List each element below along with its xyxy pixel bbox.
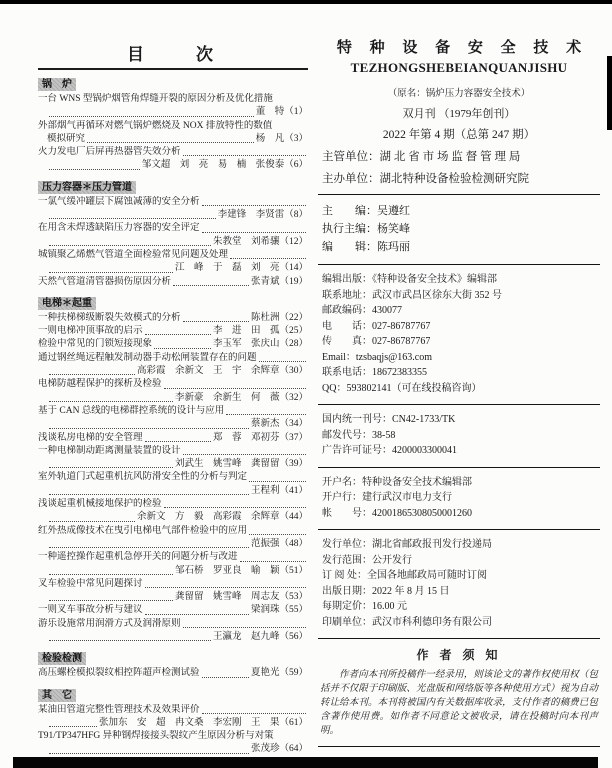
masthead-line: 传 真：027-86787767	[322, 334, 600, 350]
toc-section-header: 压力容器＊压力管道	[38, 181, 136, 194]
dot-leader	[87, 142, 254, 143]
journal-supervisor: 主管单位：湖 北 省 市 场 监 督 管 理 局	[318, 148, 600, 164]
masthead-divider	[318, 404, 600, 405]
toc-entry-line: 高压螺栓模拟裂纹相控阵超声检测试验夏艳光（59）	[38, 667, 308, 680]
toc-entry-authors-page: 王程利（41）	[251, 485, 308, 498]
toc-entry-authors-page: 李玉军 张庆山（28）	[213, 338, 308, 351]
toc-entry-authors-page: 王瀛龙 赵九峰（56）	[213, 631, 308, 644]
masthead-block: 主 编：吴遵红执行主编：杨笑峰编 辑：陈玛丽	[318, 202, 600, 256]
dot-leader	[49, 245, 211, 246]
toc-entry-title: 浅谈私房电梯的安全管理	[38, 432, 143, 445]
toc-section-header: 电梯＊起重	[38, 297, 96, 310]
dot-leader	[145, 614, 249, 615]
toc-entry: 叉车检验中常见问题探讨龚留留 姚雪峰 周志友（53）	[38, 578, 308, 605]
toc-entry: 电梯防越程保护的探析及检验李新豪 余新生 何 薇（32）	[38, 378, 308, 405]
toc-entry-line: 在用含未焊透缺陷压力容器的安全评定	[38, 222, 308, 235]
toc-entry-line: 张加东 安 超 冉文桑 李宏刚 王 果（61）	[38, 717, 308, 730]
dot-leader	[249, 481, 306, 482]
dot-leader	[49, 521, 135, 522]
toc-entry-title: 一种扶梯梯级断裂失效模式的分析	[38, 312, 181, 325]
toc-entry: T91/TP347HFG 异种钢焊接接头裂纹产生原因分析与对策张茂珍（64）	[38, 730, 308, 757]
toc-entry-title: 通过钢丝绳远程触发制动器手动松闸装置存在的问题	[38, 352, 257, 365]
dot-leader	[183, 155, 306, 156]
toc-section: 检验检测高压螺栓模拟裂纹相控阵超声检测试验夏艳光（59）	[38, 648, 308, 680]
journal-title: 特 种 设 备 安 全 技 术	[318, 36, 600, 57]
journal-former-name: （原名：锅炉压力容器安全技术）	[318, 85, 600, 99]
dot-leader	[49, 640, 211, 641]
toc-section: 其 它某油田管道完整性管理技术及效果评价张加东 安 超 冉文桑 李宏刚 王 果（…	[38, 685, 308, 757]
masthead-column: 特 种 设 备 安 全 技 术 TEZHONGSHEBEIANQUANJISHU…	[318, 36, 600, 754]
masthead-line: 每期定价：16.00 元	[322, 599, 600, 615]
toc-entry-authors-page: 李建锋 李贤雷（8）	[218, 209, 308, 222]
dot-leader	[49, 467, 173, 468]
toc-entry-line: 一种扶梯梯级断裂失效模式的分析陈杜洲（22）	[38, 312, 308, 325]
dot-leader	[49, 169, 140, 170]
masthead-line: 帐 号：42001865308050001260	[322, 506, 600, 522]
toc-entry-authors-page: 高彩霞 余新文 王 宇 余辉章（30）	[137, 365, 308, 378]
masthead-line: 开户名：特种设备安全技术编辑部	[322, 475, 600, 491]
toc-entry-authors-page: 张青斌（19）	[251, 276, 308, 289]
toc-entry-authors-page: 刘武生 姚雪峰 龚留留（39）	[175, 458, 308, 471]
masthead-divider	[318, 529, 600, 530]
toc-entry-line: 浅谈私房电梯的安全管理郑 蓉 邓初芬（37）	[38, 432, 308, 445]
toc-entry: 火力发电厂后屏再热器管失效分析邹文超 刘 亮 易 楠 张俊泰（6）	[38, 146, 308, 173]
toc-entry: 一则电梯冲顶事故的启示李 进 田 孤（25）	[38, 325, 308, 338]
dot-leader	[49, 218, 216, 219]
toc-entry: 浅谈私房电梯的安全管理郑 蓉 邓初芬（37）	[38, 432, 308, 445]
toc-entry-title: 叉车检验中常见问题探讨	[38, 578, 143, 591]
toc-entry: 在用含未焊透缺陷压力容器的安全评定朱教堂 刘希骧（12）	[38, 222, 308, 249]
toc-entry-title: 红外热成像技术在曳引电梯电气部件检验中的应用	[38, 525, 247, 538]
toc-entry-line: 朱教堂 刘希骧（12）	[38, 236, 308, 249]
toc-entry-title: 在用含未焊透缺陷压力容器的安全评定	[38, 222, 200, 235]
toc-entry-line: 范振强（48）	[38, 538, 308, 551]
toc-entry: 外部烟气再循环对燃气锅炉燃烧及 NOX 排放特性的数值模拟研究杨 凡（3）	[38, 120, 308, 147]
masthead-line: 邮发代号：38-58	[322, 428, 600, 444]
toc-entry-authors-page: 蔡新杰（34）	[251, 418, 308, 431]
author-notice: 作 者 须 知 作者向本刊所投稿件一经录用，则该论文的著作权使用权（包括并不仅限…	[318, 646, 600, 738]
dot-leader	[249, 534, 306, 535]
toc-entry-line: 李建锋 李贤雷（8）	[38, 209, 308, 222]
toc-section: 锅 炉一台 WNS 型锅炉烟管角焊缝开裂的原因分析及优化措施董 特（1）外部烟气…	[38, 74, 308, 173]
dot-leader	[173, 285, 249, 286]
masthead-line: 主 编：吴遵红	[322, 202, 600, 220]
toc-entry-title: 外部烟气再循环对燃气锅炉燃烧及 NOX 排放特性的数值	[38, 120, 272, 133]
masthead-divider	[318, 194, 600, 195]
toc-entry-line: 一则叉车事故分析与建议梁润珠（55）	[38, 604, 308, 617]
masthead-line: 执行主编：杨笑峰	[322, 220, 600, 238]
toc-entry-line: 一氯气缓冲罐层下腐蚀减薄的安全分析	[38, 196, 308, 209]
journal-frequency: 双月刊 （1979年创刊）	[318, 105, 600, 121]
scan-edge-bottom	[13, 757, 598, 768]
toc-section-header-row: 检验检测	[38, 648, 308, 666]
toc-entry-line: 余新文 方 毅 高彩霞 余辉章（44）	[38, 511, 308, 524]
toc-entry-authors-page: 邹石桥 罗亚良 喻 颖（51）	[175, 565, 308, 578]
toc-entry-line: 室外轨道门式起重机抗风防滑安全性的分析与判定	[38, 471, 308, 484]
toc-sections: 锅 炉一台 WNS 型锅炉烟管角焊缝开裂的原因分析及优化措施董 特（1）外部烟气…	[38, 74, 308, 757]
dot-leader	[183, 627, 306, 628]
journal-pinyin-title: TEZHONGSHEBEIANQUANJISHU	[318, 60, 600, 76]
dot-leader	[183, 454, 306, 455]
toc-entry-line: 游乐设施常用润滑方式及润滑原则	[38, 618, 308, 631]
masthead-divider	[318, 264, 600, 265]
toc-entry: 通过钢丝绳远程触发制动器手动松闸装置存在的问题高彩霞 余新文 王 宇 余辉章（3…	[38, 352, 308, 379]
toc-entry: 一台 WNS 型锅炉烟管角焊缝开裂的原因分析及优化措施董 特（1）	[38, 93, 308, 120]
toc-entry-authors-page: 龚留留 姚雪峰 周志友（53）	[175, 591, 308, 604]
toc-section-header: 其 它	[38, 689, 76, 702]
dot-leader	[49, 574, 173, 575]
toc-entry-line: 外部烟气再循环对燃气锅炉燃烧及 NOX 排放特性的数值	[38, 120, 308, 133]
toc-entry: 城镇聚乙烯燃气管道全面检验常见问题及处理江 峰 于 磊 刘 亮（14）	[38, 249, 308, 276]
toc-title: 目 次	[38, 40, 308, 70]
masthead-line: 发行范围：公开发行	[322, 553, 600, 569]
toc-entry-title: 模拟研究	[47, 133, 85, 146]
toc-entry: 一则叉车事故分析与建议梁润珠（55）	[38, 604, 308, 617]
masthead-line: 印刷单位：武汉市科利德印务有限公司	[322, 615, 600, 631]
dot-leader	[164, 507, 306, 508]
masthead-line: QQ：593802141（可在线投稿咨询）	[322, 381, 600, 397]
masthead-block: 编辑出版：《特种设备安全技术》编辑部联系地址：武汉市武昌区徐东大街 352 号邮…	[318, 272, 600, 396]
dot-leader	[145, 441, 211, 442]
toc-entry: 一种遥控操作起重机急停开关的问题分析与改进邹石桥 罗亚良 喻 颖（51）	[38, 551, 308, 578]
masthead-line: 联系电话：18672383355	[322, 365, 600, 381]
masthead-line: 编 辑：陈玛丽	[322, 238, 600, 256]
toc-entry-line: 某油田管道完整性管理技术及效果评价	[38, 704, 308, 717]
dot-leader	[154, 348, 211, 349]
masthead-divider	[318, 467, 600, 468]
toc-entry-authors-page: 梁润珠（55）	[251, 604, 308, 617]
dot-leader	[202, 205, 306, 206]
journal-organizer: 主办单位：湖北特种设备检验检测研究院	[318, 170, 600, 186]
toc-entry-line: 模拟研究杨 凡（3）	[38, 133, 308, 146]
dot-leader	[226, 414, 306, 415]
dot-leader	[183, 321, 249, 322]
toc-entry: 浅谈起重机械接地保护的检验余新文 方 毅 高彩霞 余辉章（44）	[38, 498, 308, 525]
dot-leader	[49, 374, 135, 375]
masthead-line: 国内统一刊号：CN42-1733/TK	[322, 412, 600, 428]
toc-entry-line: 邹石桥 罗亚良 喻 颖（51）	[38, 565, 308, 578]
toc-entry-line: 城镇聚乙烯燃气管道全面检验常见问题及处理	[38, 249, 308, 262]
masthead-line: 订 阅 处：全国各地邮政局可随时订阅	[322, 568, 600, 584]
toc-entry-authors-page: 张茂珍（64）	[251, 743, 308, 756]
toc-entry-line: 张茂珍（64）	[38, 743, 308, 756]
toc-entry-title: 天然气管道清管器损伤原因分析	[38, 276, 171, 289]
dot-leader	[259, 361, 306, 362]
toc-entry-line: 王程利（41）	[38, 485, 308, 498]
toc-entry-title: 基于 CAN 总线的电梯群控系统的设计与应用	[38, 405, 224, 418]
toc-entry: 红外热成像技术在曳引电梯电气部件检验中的应用范振强（48）	[38, 525, 308, 552]
toc-entry-title: 一台 WNS 型锅炉烟管角焊缝开裂的原因分析及优化措施	[38, 93, 273, 106]
dot-leader	[145, 334, 211, 335]
dot-leader	[49, 428, 249, 429]
toc-entry: 天然气管道清管器损伤原因分析张青斌（19）	[38, 276, 308, 289]
toc-entry-line: 天然气管道清管器损伤原因分析张青斌（19）	[38, 276, 308, 289]
toc-section: 电梯＊起重一种扶梯梯级断裂失效模式的分析陈杜洲（22）一则电梯冲顶事故的启示李 …	[38, 293, 308, 644]
toc-entry-line: 一台 WNS 型锅炉烟管角焊缝开裂的原因分析及优化措施	[38, 93, 308, 106]
journal-toc-page: 目 次 锅 炉一台 WNS 型锅炉烟管角焊缝开裂的原因分析及优化措施董 特（1）…	[0, 0, 612, 768]
toc-entry-authors-page: 杨 凡（3）	[256, 133, 308, 146]
toc-entry-authors-page: 李新豪 余新生 何 薇（32）	[175, 392, 308, 405]
toc-section-header-row: 电梯＊起重	[38, 293, 308, 311]
toc-entry-authors-page: 江 峰 于 磊 刘 亮（14）	[175, 262, 308, 275]
masthead-line: 电 话：027-86787767	[322, 319, 600, 335]
dot-leader	[230, 258, 306, 259]
toc-entry: 基于 CAN 总线的电梯群控系统的设计与应用蔡新杰（34）	[38, 405, 308, 432]
masthead-block: 发行单位：湖北省邮政报刊发行投递局发行范围：公开发行订 阅 处：全国各地邮政局可…	[318, 537, 600, 630]
toc-entry: 室外轨道门式起重机抗风防滑安全性的分析与判定王程利（41）	[38, 471, 308, 498]
masthead-line: 出版日期：2022 年 8 月 15 日	[322, 584, 600, 600]
dot-leader	[49, 494, 249, 495]
toc-entry-title: 一氯气缓冲罐层下腐蚀减薄的安全分析	[38, 196, 200, 209]
toc-entry-line: 董 特（1）	[38, 106, 308, 119]
toc-entry-authors-page: 夏艳光（59）	[251, 667, 308, 680]
toc-entry-authors-page: 郑 蓉 邓初芬（37）	[213, 432, 308, 445]
dot-leader	[49, 726, 97, 727]
toc-entry-authors-page: 李 进 田 孤（25）	[213, 325, 308, 338]
dot-leader	[49, 401, 173, 402]
toc-entry-authors-page: 范振强（48）	[251, 538, 308, 551]
toc-entry-title: 城镇聚乙烯燃气管道全面检验常见问题及处理	[38, 249, 228, 262]
toc-entry-title: 高压螺栓模拟裂纹相控阵超声检测试验	[38, 667, 200, 680]
toc-entry-authors-page: 董 特（1）	[256, 106, 308, 119]
dot-leader	[202, 232, 306, 233]
toc-entry-title: 一则叉车事故分析与建议	[38, 604, 143, 617]
toc-section-header-row: 锅 炉	[38, 74, 308, 92]
toc-entry: 一氯气缓冲罐层下腐蚀减薄的安全分析李建锋 李贤雷（8）	[38, 196, 308, 223]
scan-edge-right	[607, 56, 612, 130]
toc-entry-title: 室外轨道门式起重机抗风防滑安全性的分析与判定	[38, 471, 247, 484]
toc-section-header: 锅 炉	[38, 78, 76, 91]
masthead-line: 发行单位：湖北省邮政报刊发行投递局	[322, 537, 600, 553]
toc-entry-title: T91/TP347HFG 异种钢焊接接头裂纹产生原因分析与对策	[38, 730, 274, 743]
dot-leader	[164, 388, 306, 389]
dot-leader	[49, 272, 173, 273]
dot-leader	[145, 587, 306, 588]
masthead-block: 国内统一刊号：CN42-1733/TK邮发代号：38-58广告许可证号：4200…	[318, 412, 600, 459]
toc-entry-title: 电梯防越程保护的探析及检验	[38, 378, 162, 391]
toc-entry-line: 邹文超 刘 亮 易 楠 张俊泰（6）	[38, 159, 308, 172]
masthead-line: Email：tzsbaqjs@163.com	[322, 350, 600, 366]
toc-entry-title: 检验中常见的门锁短接现象	[38, 338, 152, 351]
toc-entry-line: 王瀛龙 赵九峰（56）	[38, 631, 308, 644]
toc-section: 压力容器＊压力管道一氯气缓冲罐层下腐蚀减薄的安全分析李建锋 李贤雷（8）在用含未…	[38, 177, 308, 289]
toc-entry-line: 一种电梯制动距离测量装置的设计	[38, 445, 308, 458]
toc-entry-line: 一则电梯冲顶事故的启示李 进 田 孤（25）	[38, 325, 308, 338]
toc-entry-line: 李新豪 余新生 何 薇（32）	[38, 392, 308, 405]
dot-leader	[202, 713, 306, 714]
toc-entry-line: 检验中常见的门锁短接现象李玉军 张庆山（28）	[38, 338, 308, 351]
toc-entry: 一种电梯制动距离测量装置的设计刘武生 姚雪峰 龚留留（39）	[38, 445, 308, 472]
toc-entry-authors-page: 张加东 安 超 冉文桑 李宏刚 王 果（61）	[99, 717, 308, 730]
masthead-divider	[318, 746, 600, 747]
toc-entry-line: 一种遥控操作起重机急停开关的问题分析与改进	[38, 551, 308, 564]
masthead-block: 开户名：特种设备安全技术编辑部开户行：建行武汉市电力支行帐 号：42001865…	[318, 475, 600, 522]
toc-section-header-row: 压力容器＊压力管道	[38, 177, 308, 195]
toc-entry-line: 叉车检验中常见问题探讨	[38, 578, 308, 591]
toc-entry-title: 火力发电厂后屏再热器管失效分析	[38, 146, 181, 159]
toc-entry-title: 某油田管道完整性管理技术及效果评价	[38, 704, 200, 717]
toc-entry-authors-page: 余新文 方 毅 高彩霞 余辉章（44）	[137, 511, 308, 524]
toc-entry: 高压螺栓模拟裂纹相控阵超声检测试验夏艳光（59）	[38, 667, 308, 680]
toc-column: 目 次 锅 炉一台 WNS 型锅炉烟管角焊缝开裂的原因分析及优化措施董 特（1）…	[38, 40, 308, 757]
toc-entry-title: 一则电梯冲顶事故的启示	[38, 325, 143, 338]
toc-entry-line: 高彩霞 余新文 王 宇 余辉章（30）	[38, 365, 308, 378]
toc-entry-line: 基于 CAN 总线的电梯群控系统的设计与应用	[38, 405, 308, 418]
masthead-blocks: 主 编：吴遵红执行主编：杨笑峰编 辑：陈玛丽编辑出版：《特种设备安全技术》编辑部…	[318, 202, 600, 639]
toc-entry-title: 游乐设施常用润滑方式及润滑原则	[38, 618, 181, 631]
journal-issue-number: 2022 年第 4 期（总第 247 期）	[318, 126, 600, 142]
masthead-line: 开户行：建行武汉市电力支行	[322, 490, 600, 506]
toc-entry-authors-page: 朱教堂 刘希骧（12）	[213, 236, 308, 249]
toc-entry-title: 一种电梯制动距离测量装置的设计	[38, 445, 181, 458]
dot-leader	[49, 547, 249, 548]
toc-entry-title: 一种遥控操作起重机急停开关的问题分析与改进	[38, 551, 238, 564]
toc-section-header-row: 其 它	[38, 685, 308, 703]
toc-entry-line: 蔡新杰（34）	[38, 418, 308, 431]
toc-entry-line: 龚留留 姚雪峰 周志友（53）	[38, 591, 308, 604]
scan-edge-top	[0, 0, 612, 4]
dot-leader	[49, 600, 173, 601]
masthead-line: 广告许可证号：4200003300041	[322, 443, 600, 459]
toc-entry: 检验中常见的门锁短接现象李玉军 张庆山（28）	[38, 338, 308, 351]
masthead-divider	[318, 638, 600, 639]
toc-section-header: 检验检测	[38, 652, 86, 665]
dot-leader	[49, 116, 254, 117]
dot-leader	[240, 561, 306, 562]
toc-entry-line: 通过钢丝绳远程触发制动器手动松闸装置存在的问题	[38, 352, 308, 365]
toc-entry-line: 浅谈起重机械接地保护的检验	[38, 498, 308, 511]
masthead-line: 邮政编码：430077	[322, 303, 600, 319]
toc-entry-authors-page: 邹文超 刘 亮 易 楠 张俊泰（6）	[142, 159, 308, 172]
toc-entry-line: 电梯防越程保护的探析及检验	[38, 378, 308, 391]
toc-entry: 某油田管道完整性管理技术及效果评价张加东 安 超 冉文桑 李宏刚 王 果（61）	[38, 704, 308, 731]
author-notice-body: 作者向本刊所投稿件一经录用，则该论文的著作权使用权（包括并不仅限于印刷版、光盘版…	[320, 668, 598, 738]
author-notice-title: 作 者 须 知	[318, 646, 600, 663]
toc-entry-line: 刘武生 姚雪峰 龚留留（39）	[38, 458, 308, 471]
toc-entry-line: 火力发电厂后屏再热器管失效分析	[38, 146, 308, 159]
toc-entry-line: 红外热成像技术在曳引电梯电气部件检验中的应用	[38, 525, 308, 538]
toc-entry-line: 江 峰 于 磊 刘 亮（14）	[38, 262, 308, 275]
toc-entry-line: T91/TP347HFG 异种钢焊接接头裂纹产生原因分析与对策	[38, 730, 308, 743]
masthead-line: 编辑出版：《特种设备安全技术》编辑部	[322, 272, 600, 288]
masthead-line: 联系地址：武汉市武昌区徐东大街 352 号	[322, 288, 600, 304]
dot-leader	[49, 753, 249, 754]
toc-entry: 一种扶梯梯级断裂失效模式的分析陈杜洲（22）	[38, 312, 308, 325]
toc-entry: 游乐设施常用润滑方式及润滑原则王瀛龙 赵九峰（56）	[38, 618, 308, 645]
dot-leader	[202, 677, 249, 678]
toc-entry-title: 浅谈起重机械接地保护的检验	[38, 498, 162, 511]
toc-entry-authors-page: 陈杜洲（22）	[251, 312, 308, 325]
